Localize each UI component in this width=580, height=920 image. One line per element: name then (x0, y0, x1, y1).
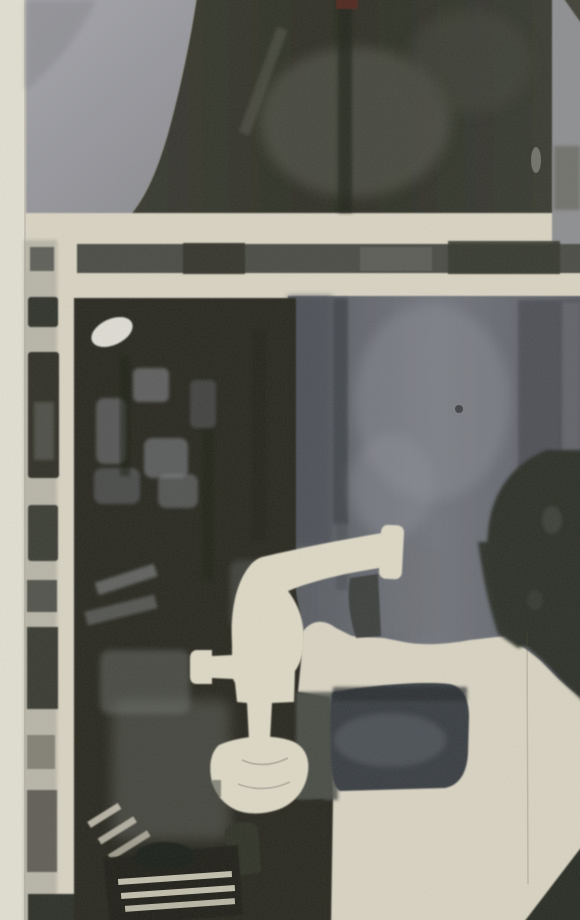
paper-grain-overlay (0, 0, 580, 920)
painting-canvas (0, 0, 580, 920)
painting-stage (0, 0, 580, 920)
